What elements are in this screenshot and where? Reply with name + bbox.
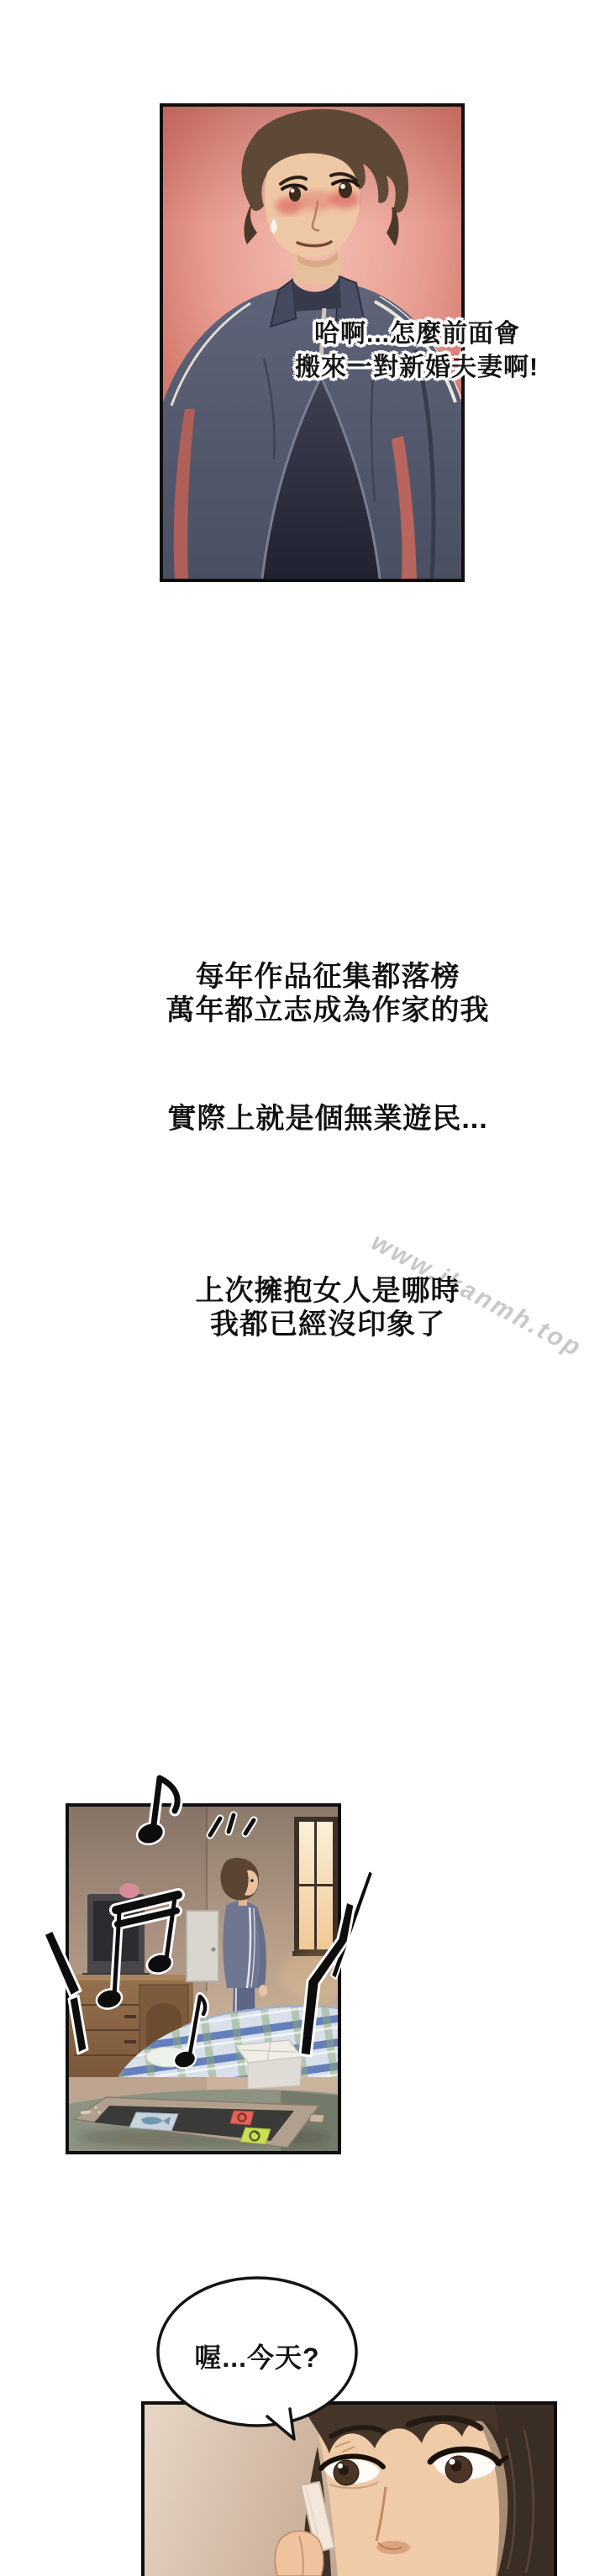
tv bbox=[82, 1894, 150, 1980]
speech-bubble-text: 喔...今天? bbox=[157, 2337, 357, 2375]
pink-object bbox=[119, 1883, 139, 1898]
caption-line-2: 搬來一對新婚夫妻啊! bbox=[295, 355, 539, 380]
caption-line-1: 哈啊...怎麼前面會 bbox=[314, 322, 520, 347]
decline-call-icon bbox=[230, 2111, 254, 2125]
bedroom-art bbox=[69, 1807, 338, 2151]
door bbox=[187, 1911, 218, 1981]
monologue-line-1: 每年作品征集都落榜 bbox=[50, 963, 605, 991]
monologue-line-2: 萬年都立志成為作家的我 bbox=[50, 996, 605, 1025]
monologue-line-4: 上次擁抱女人是哪時 bbox=[50, 1277, 605, 1305]
panel-bedroom-phone bbox=[66, 1803, 341, 2154]
caller-photo-thumbnail bbox=[129, 2112, 178, 2131]
monologue-line-3: 實際上就是個無業遊民... bbox=[50, 1104, 605, 1133]
monologue-line-5: 我都已經沒印象了 bbox=[50, 1310, 605, 1339]
smartphone bbox=[74, 2097, 329, 2148]
accept-call-icon bbox=[240, 2127, 271, 2144]
comic-page: 哈啊...怎麼前面會 搬來一對新婚夫妻啊! 每年作品征集都落榜 萬年都立志成為作… bbox=[0, 0, 605, 2576]
